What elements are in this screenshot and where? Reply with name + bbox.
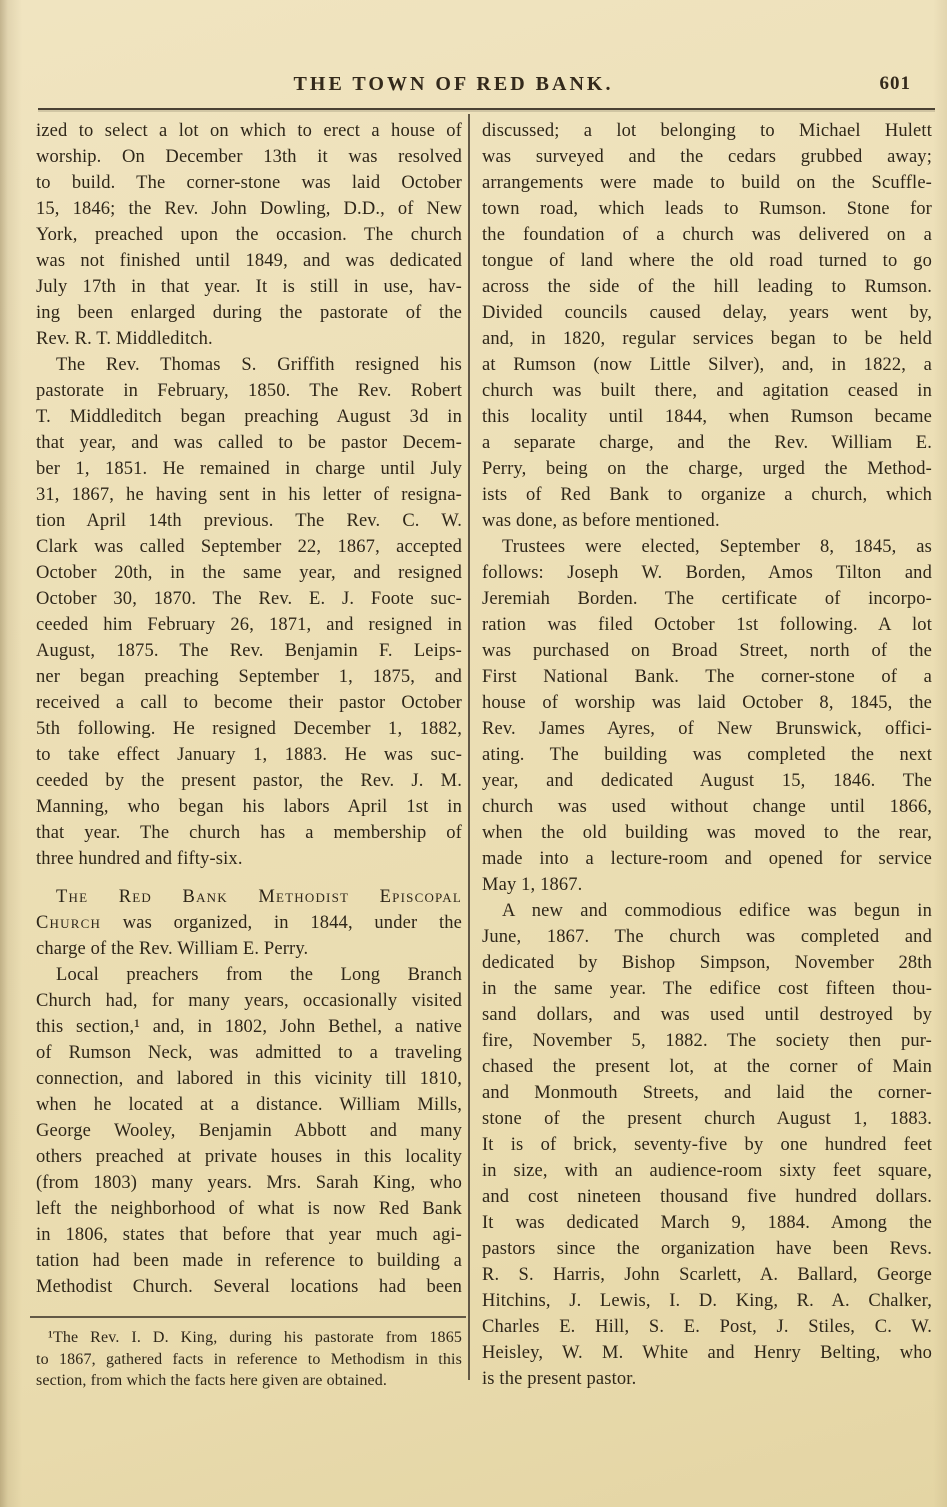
paragraph: discussed; a lot belonging to Michael Hu… xyxy=(482,118,932,534)
text-line: charge of the Rev. William E. Perry. xyxy=(36,936,462,962)
text-line: Trustees were elected, September 8, 1845… xyxy=(482,534,932,560)
text-line: year, and dedicated August 15, 1846. The xyxy=(482,768,932,794)
paragraph: A new and commodious edifice was begun i… xyxy=(482,898,932,1392)
text-line: October 20th, in the same year, and resi… xyxy=(36,560,462,586)
text-line: August, 1875. The Rev. Benjamin F. Leips… xyxy=(36,638,462,664)
text-line: section, from which the facts here given… xyxy=(36,1370,462,1392)
text-line: church was used without change until 186… xyxy=(482,794,932,820)
text-line: was done, as before mentioned. xyxy=(482,508,932,534)
text-line: It is of brick, seventy-five by one hund… xyxy=(482,1132,932,1158)
text-line: George Wooley, Benjamin Abbott and many xyxy=(36,1118,462,1144)
text-line: the foundation of a church was delivered… xyxy=(482,222,932,248)
smallcaps-text: The Red Bank Methodist Episcopal xyxy=(56,887,462,907)
text-line: R. S. Harris, John Scarlett, A. Ballard,… xyxy=(482,1262,932,1288)
smallcaps-text: Church xyxy=(36,913,101,933)
text-line: follows: Joseph W. Borden, Amos Tilton a… xyxy=(482,560,932,586)
text-line: ating. The building was completed the ne… xyxy=(482,742,932,768)
paragraph: The Rev. Thomas S. Griffith resigned his… xyxy=(36,352,462,872)
footnote: ¹The Rev. I. D. King, during his pastora… xyxy=(36,1327,462,1392)
paragraph: Local preachers from the Long BranchChur… xyxy=(36,962,462,1300)
paragraph: ¹The Rev. I. D. King, during his pastora… xyxy=(36,1327,462,1392)
book-page: THE TOWN OF RED BANK. 601 ized to select… xyxy=(0,0,947,1507)
text-line: of Rumson Neck, was admitted to a travel… xyxy=(36,1040,462,1066)
text-line: 5th following. He resigned December 1, 1… xyxy=(36,716,462,742)
text-line: discussed; a lot belonging to Michael Hu… xyxy=(482,118,932,144)
text-line: 31, 1867, he having sent in his letter o… xyxy=(36,482,462,508)
text-line: Clark was called September 22, 1867, acc… xyxy=(36,534,462,560)
text-line: 15, 1846; the Rev. John Dowling, D.D., o… xyxy=(36,196,462,222)
text-line: pastors since the organization have been… xyxy=(482,1236,932,1262)
text-line: First National Bank. The corner-stone of… xyxy=(482,664,932,690)
right-column: discussed; a lot belonging to Michael Hu… xyxy=(482,118,932,1392)
text-line: Perry, being on the charge, urged the Me… xyxy=(482,456,932,482)
text-line: ceeded by the present pastor, the Rev. J… xyxy=(36,768,462,794)
text-line: chased the present lot, at the corner of… xyxy=(482,1054,932,1080)
text-line: house of worship was laid October 8, 184… xyxy=(482,690,932,716)
text-line: May 1, 1867. xyxy=(482,872,932,898)
column-divider xyxy=(468,114,470,1380)
text-line: Methodist Church. Several locations had … xyxy=(36,1274,462,1300)
text-line: when he located at a distance. William M… xyxy=(36,1092,462,1118)
text-line: and, in 1820, regular services began to … xyxy=(482,326,932,352)
text-line: ¹The Rev. I. D. King, during his pastora… xyxy=(36,1327,462,1349)
body-text: was organized, in 1844, under the xyxy=(101,913,462,933)
text-line: Heisley, W. M. White and Henry Belting, … xyxy=(482,1340,932,1366)
text-line: Hitchins, J. Lewis, I. D. King, R. A. Ch… xyxy=(482,1288,932,1314)
text-line: this locality until 1844, when Rumson be… xyxy=(482,404,932,430)
text-line: was not finished until 1849, and was ded… xyxy=(36,248,462,274)
text-line: to take effect January 1, 1883. He was s… xyxy=(36,742,462,768)
text-line: connection, and labored in this vicinity… xyxy=(36,1066,462,1092)
text-line: town road, which leads to Rumson. Stone … xyxy=(482,196,932,222)
text-line: at Rumson (now Little Silver), and, in 1… xyxy=(482,352,932,378)
text-line: that year, and was called to be pastor D… xyxy=(36,430,462,456)
text-line: to 1867, gathered facts in reference to … xyxy=(36,1349,462,1371)
text-line: Local preachers from the Long Branch xyxy=(36,962,462,988)
paragraph: Trustees were elected, September 8, 1845… xyxy=(482,534,932,898)
header-rule xyxy=(38,108,935,110)
text-line: stone of the present church August 1, 18… xyxy=(482,1106,932,1132)
text-line: in size, with an audience-room sixty fee… xyxy=(482,1158,932,1184)
text-line: ists of Red Bank to organize a church, w… xyxy=(482,482,932,508)
text-line: made into a lecture-room and opened for … xyxy=(482,846,932,872)
footnote-rule xyxy=(30,1316,466,1318)
text-line: (from 1803) many years. Mrs. Sarah King,… xyxy=(36,1170,462,1196)
text-line: and Monmouth Streets, and laid the corne… xyxy=(482,1080,932,1106)
text-line: and cost nineteen thousand five hundred … xyxy=(482,1184,932,1210)
text-line: The Red Bank Methodist Episcopal xyxy=(36,884,462,910)
text-line: Church was organized, in 1844, under the xyxy=(36,910,462,936)
text-line: three hundred and fifty-six. xyxy=(36,846,462,872)
text-line: ized to select a lot on which to erect a… xyxy=(36,118,462,144)
text-line: tation had been made in reference to bui… xyxy=(36,1248,462,1274)
text-line: arrangements were made to build on the S… xyxy=(482,170,932,196)
text-line: Charles E. Hill, S. E. Post, J. Stiles, … xyxy=(482,1314,932,1340)
text-line: It was dedicated March 9, 1884. Among th… xyxy=(482,1210,932,1236)
text-line: pastorate in February, 1850. The Rev. Ro… xyxy=(36,378,462,404)
text-line: a separate charge, and the Rev. William … xyxy=(482,430,932,456)
paragraph: ized to select a lot on which to erect a… xyxy=(36,118,462,352)
text-line: to build. The corner-stone was laid Octo… xyxy=(36,170,462,196)
text-line: received a call to become their pastor O… xyxy=(36,690,462,716)
text-line: church was built there, and agitation ce… xyxy=(482,378,932,404)
text-line: Jeremiah Borden. The certificate of inco… xyxy=(482,586,932,612)
text-line: worship. On December 13th it was resolve… xyxy=(36,144,462,170)
text-line: fire, November 5, 1882. The society then… xyxy=(482,1028,932,1054)
text-line: June, 1867. The church was completed and xyxy=(482,924,932,950)
text-line: others preached at private houses in thi… xyxy=(36,1144,462,1170)
text-line: in 1806, states that before that year mu… xyxy=(36,1222,462,1248)
text-line: ration was filed October 1st following. … xyxy=(482,612,932,638)
paragraph: The Red Bank Methodist EpiscopalChurch w… xyxy=(36,884,462,962)
text-line: across the side of the hill leading to R… xyxy=(482,274,932,300)
text-line: Divided councils caused delay, years wen… xyxy=(482,300,932,326)
text-line: ber 1, 1851. He remained in charge until… xyxy=(36,456,462,482)
text-line: was surveyed and the cedars grubbed away… xyxy=(482,144,932,170)
text-line: July 17th in that year. It is still in u… xyxy=(36,274,462,300)
text-line: is the present pastor. xyxy=(482,1366,932,1392)
text-line: sand dollars, and was used until destroy… xyxy=(482,1002,932,1028)
page-header-title: THE TOWN OF RED BANK. xyxy=(0,73,907,96)
page-number: 601 xyxy=(880,73,912,95)
text-line: when the old building was moved to the r… xyxy=(482,820,932,846)
text-line: A new and commodious edifice was begun i… xyxy=(482,898,932,924)
left-column: ized to select a lot on which to erect a… xyxy=(36,118,462,1392)
text-line: in the same year. The edifice cost fifte… xyxy=(482,976,932,1002)
text-line: that year. The church has a membership o… xyxy=(36,820,462,846)
text-line: T. Middleditch began preaching August 3d… xyxy=(36,404,462,430)
text-line: October 30, 1870. The Rev. E. J. Foote s… xyxy=(36,586,462,612)
text-line: Rev. James Ayres, of New Brunswick, offi… xyxy=(482,716,932,742)
text-line: ing been enlarged during the pastorate o… xyxy=(36,300,462,326)
text-line: Manning, who began his labors April 1st … xyxy=(36,794,462,820)
text-line: tion April 14th previous. The Rev. C. W. xyxy=(36,508,462,534)
text-line: ner began preaching September 1, 1875, a… xyxy=(36,664,462,690)
text-line: Church had, for many years, occasionally… xyxy=(36,988,462,1014)
text-line: The Rev. Thomas S. Griffith resigned his xyxy=(36,352,462,378)
text-line: dedicated by Bishop Simpson, November 28… xyxy=(482,950,932,976)
text-line: Rev. R. T. Middleditch. xyxy=(36,326,462,352)
text-line: was purchased on Broad Street, north of … xyxy=(482,638,932,664)
text-line: left the neighborhood of what is now Red… xyxy=(36,1196,462,1222)
text-line: York, preached upon the occasion. The ch… xyxy=(36,222,462,248)
text-line: this section,¹ and, in 1802, John Bethel… xyxy=(36,1014,462,1040)
text-line: ceeded him February 26, 1871, and resign… xyxy=(36,612,462,638)
text-line: tongue of land where the old road turned… xyxy=(482,248,932,274)
